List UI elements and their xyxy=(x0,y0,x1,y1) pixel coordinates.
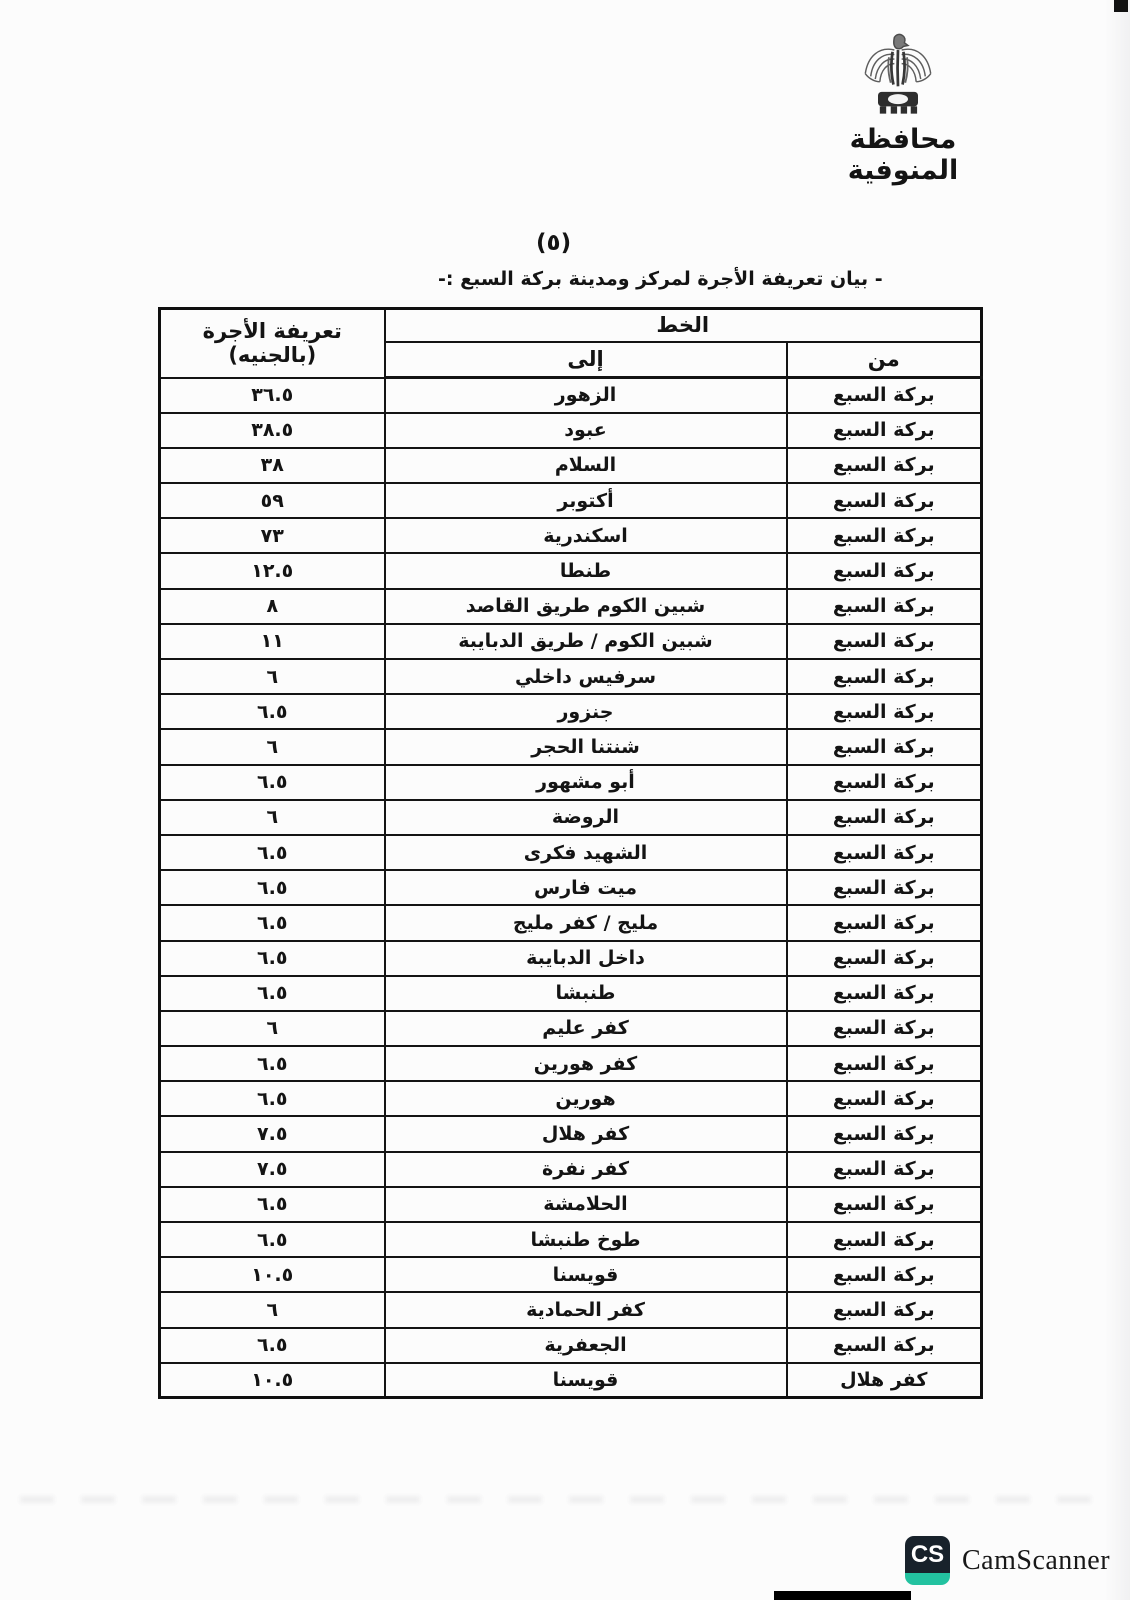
col-header-fare: تعريفة الأجرة (بالجنيه) xyxy=(160,309,385,378)
cell-fare: ٦ xyxy=(160,1011,385,1046)
cell-from: بركة السبع xyxy=(787,589,982,624)
col-header-line: الخط xyxy=(385,309,982,342)
table-row: بركة السبع كفر هلال ٧.٥ xyxy=(160,1116,982,1151)
cell-from: بركة السبع xyxy=(787,765,982,800)
table-row: بركة السبع شنتنا الحجر ٦ xyxy=(160,729,982,764)
cell-from: بركة السبع xyxy=(787,835,982,870)
cell-fare: ٦ xyxy=(160,1292,385,1327)
cell-to: الجعفرية xyxy=(385,1328,787,1363)
cell-to: كفر نفرة xyxy=(385,1152,787,1187)
table-row: بركة السبع قويسنا ١٠.٥ xyxy=(160,1257,982,1292)
cell-fare: ٦.٥ xyxy=(160,1222,385,1257)
table-row: بركة السبع الزهور ٣٦.٥ xyxy=(160,378,982,413)
document-title: - بيان تعريفة الأجرة لمركز ومدينة بركة ا… xyxy=(438,268,998,290)
cell-fare: ٦.٥ xyxy=(160,765,385,800)
cell-from: بركة السبع xyxy=(787,448,982,483)
scanned-document-page: محافظة المنوفية (٥) - بيان تعريفة الأجرة… xyxy=(0,0,1130,1600)
page-number: (٥) xyxy=(536,230,571,256)
cell-fare: ٦.٥ xyxy=(160,1081,385,1116)
cell-to: شنتنا الحجر xyxy=(385,729,787,764)
table-row: بركة السبع أكتوبر ٥٩ xyxy=(160,483,982,518)
cell-from: بركة السبع xyxy=(787,694,982,729)
cell-from: كفر هلال xyxy=(787,1363,982,1398)
eagle-emblem-icon xyxy=(848,30,948,130)
table-row: بركة السبع سرفيس داخلي ٦ xyxy=(160,659,982,694)
cell-to: عبود xyxy=(385,413,787,448)
cell-fare: ١٢.٥ xyxy=(160,553,385,588)
scan-artifact-bar xyxy=(774,1591,911,1600)
cell-to: هورين xyxy=(385,1081,787,1116)
table-row: بركة السبع الروضة ٦ xyxy=(160,800,982,835)
cell-fare: ٣٦.٥ xyxy=(160,378,385,413)
cell-fare: ٦ xyxy=(160,729,385,764)
table-row: بركة السبع داخل الدبايبة ٦.٥ xyxy=(160,941,982,976)
cell-from: بركة السبع xyxy=(787,624,982,659)
table-row: بركة السبع كفر عليم ٦ xyxy=(160,1011,982,1046)
cell-from: بركة السبع xyxy=(787,1257,982,1292)
cell-fare: ١٠.٥ xyxy=(160,1363,385,1398)
table-row: بركة السبع طوخ طنبشا ٦.٥ xyxy=(160,1222,982,1257)
cell-fare: ٧.٥ xyxy=(160,1152,385,1187)
cell-fare: ٦.٥ xyxy=(160,1046,385,1081)
cell-from: بركة السبع xyxy=(787,483,982,518)
cell-from: بركة السبع xyxy=(787,729,982,764)
cell-fare: ٨ xyxy=(160,589,385,624)
fare-table: الخط تعريفة الأجرة (بالجنيه) من إلى بركة… xyxy=(158,307,983,1399)
table-row: بركة السبع ميت فارس ٦.٥ xyxy=(160,870,982,905)
camscanner-wordmark: CamScanner xyxy=(962,1545,1110,1577)
cell-fare: ٦.٥ xyxy=(160,835,385,870)
cell-to: السلام xyxy=(385,448,787,483)
cell-to: مليج / كفر مليج xyxy=(385,905,787,940)
cell-fare: ٦.٥ xyxy=(160,905,385,940)
cell-from: بركة السبع xyxy=(787,870,982,905)
cell-to: أبو مشهور xyxy=(385,765,787,800)
cell-from: بركة السبع xyxy=(787,1152,982,1187)
scan-edge-shading xyxy=(1104,0,1130,1600)
cell-fare: ٧.٥ xyxy=(160,1116,385,1151)
cell-from: بركة السبع xyxy=(787,941,982,976)
governorate-name: محافظة المنوفية xyxy=(812,124,994,186)
table-row: بركة السبع أبو مشهور ٦.٥ xyxy=(160,765,982,800)
cell-fare: ٦.٥ xyxy=(160,941,385,976)
cell-to: أكتوبر xyxy=(385,483,787,518)
cell-fare: ١٠.٥ xyxy=(160,1257,385,1292)
cell-to: الزهور xyxy=(385,378,787,413)
cell-from: بركة السبع xyxy=(787,1116,982,1151)
cell-to: كفر الحمادية xyxy=(385,1292,787,1327)
cell-to: الروضة xyxy=(385,800,787,835)
cell-from: بركة السبع xyxy=(787,553,982,588)
cell-from: بركة السبع xyxy=(787,800,982,835)
cell-fare: ٦.٥ xyxy=(160,1328,385,1363)
table-row: بركة السبع هورين ٦.٥ xyxy=(160,1081,982,1116)
fare-table-header: الخط تعريفة الأجرة (بالجنيه) من إلى xyxy=(160,309,982,378)
table-header-row-line: الخط تعريفة الأجرة (بالجنيه) xyxy=(160,309,982,342)
cell-fare: ٥٩ xyxy=(160,483,385,518)
cell-from: بركة السبع xyxy=(787,659,982,694)
cell-to: قويسنا xyxy=(385,1363,787,1398)
camscanner-logo-icon: CS xyxy=(905,1536,950,1585)
cell-to: الشهيد فكرى xyxy=(385,835,787,870)
col-header-to: إلى xyxy=(385,342,787,378)
cell-to: داخل الدبايبة xyxy=(385,941,787,976)
cell-from: بركة السبع xyxy=(787,1328,982,1363)
cell-fare: ٧٣ xyxy=(160,518,385,553)
cell-fare: ٣٨.٥ xyxy=(160,413,385,448)
cell-to: كفر عليم xyxy=(385,1011,787,1046)
cell-from: بركة السبع xyxy=(787,1011,982,1046)
cell-fare: ٦ xyxy=(160,659,385,694)
cell-to: كفر هورين xyxy=(385,1046,787,1081)
table-row: بركة السبع عبود ٣٨.٥ xyxy=(160,413,982,448)
table-row: بركة السبع كفر الحمادية ٦ xyxy=(160,1292,982,1327)
cell-to: اسكندرية xyxy=(385,518,787,553)
cell-from: بركة السبع xyxy=(787,976,982,1011)
fare-table-body: بركة السبع الزهور ٣٦.٥ بركة السبع عبود ٣… xyxy=(160,378,982,1398)
cell-to: كفر هلال xyxy=(385,1116,787,1151)
cell-to: الحلامشة xyxy=(385,1187,787,1222)
cell-fare: ١١ xyxy=(160,624,385,659)
cell-fare: ٦.٥ xyxy=(160,976,385,1011)
table-row: بركة السبع الجعفرية ٦.٥ xyxy=(160,1328,982,1363)
table-row: بركة السبع شبين الكوم / طريق الدبايبة ١١ xyxy=(160,624,982,659)
cell-to: قويسنا xyxy=(385,1257,787,1292)
table-row: بركة السبع اسكندرية ٧٣ xyxy=(160,518,982,553)
cell-from: بركة السبع xyxy=(787,413,982,448)
table-row: بركة السبع مليج / كفر مليج ٦.٥ xyxy=(160,905,982,940)
table-row: بركة السبع كفر هورين ٦.٥ xyxy=(160,1046,982,1081)
cell-to: طنبشا xyxy=(385,976,787,1011)
cell-from: بركة السبع xyxy=(787,1046,982,1081)
cell-from: بركة السبع xyxy=(787,518,982,553)
table-row: بركة السبع الحلامشة ٦.٥ xyxy=(160,1187,982,1222)
cell-to: ميت فارس xyxy=(385,870,787,905)
cell-from: بركة السبع xyxy=(787,905,982,940)
cell-from: بركة السبع xyxy=(787,1292,982,1327)
cell-fare: ٦.٥ xyxy=(160,870,385,905)
col-header-from: من xyxy=(787,342,982,378)
cell-fare: ٣٨ xyxy=(160,448,385,483)
cell-fare: ٦ xyxy=(160,800,385,835)
cell-to: شبين الكوم / طريق الدبايبة xyxy=(385,624,787,659)
cell-to: سرفيس داخلي xyxy=(385,659,787,694)
scan-artifact-corner xyxy=(1114,0,1128,12)
cell-fare: ٦.٥ xyxy=(160,1187,385,1222)
table-row: بركة السبع شبين الكوم طريق القاصد ٨ xyxy=(160,589,982,624)
table-row: بركة السبع السلام ٣٨ xyxy=(160,448,982,483)
table-row: بركة السبع جنزور ٦.٥ xyxy=(160,694,982,729)
table-row: بركة السبع الشهيد فكرى ٦.٥ xyxy=(160,835,982,870)
table-row: بركة السبع طنطا ١٢.٥ xyxy=(160,553,982,588)
cell-from: بركة السبع xyxy=(787,1081,982,1116)
table-row: بركة السبع كفر نفرة ٧.٥ xyxy=(160,1152,982,1187)
scan-smudge-artifact xyxy=(20,1496,1100,1503)
cell-to: طنطا xyxy=(385,553,787,588)
camscanner-watermark: CS CamScanner xyxy=(905,1536,1110,1585)
table-row: بركة السبع طنبشا ٦.٥ xyxy=(160,976,982,1011)
cell-from: بركة السبع xyxy=(787,1222,982,1257)
cell-fare: ٦.٥ xyxy=(160,694,385,729)
cell-to: جنزور xyxy=(385,694,787,729)
cell-to: طوخ طنبشا xyxy=(385,1222,787,1257)
cell-to: شبين الكوم طريق القاصد xyxy=(385,589,787,624)
cell-from: بركة السبع xyxy=(787,378,982,413)
cell-from: بركة السبع xyxy=(787,1187,982,1222)
table-row: كفر هلال قويسنا ١٠.٥ xyxy=(160,1363,982,1398)
